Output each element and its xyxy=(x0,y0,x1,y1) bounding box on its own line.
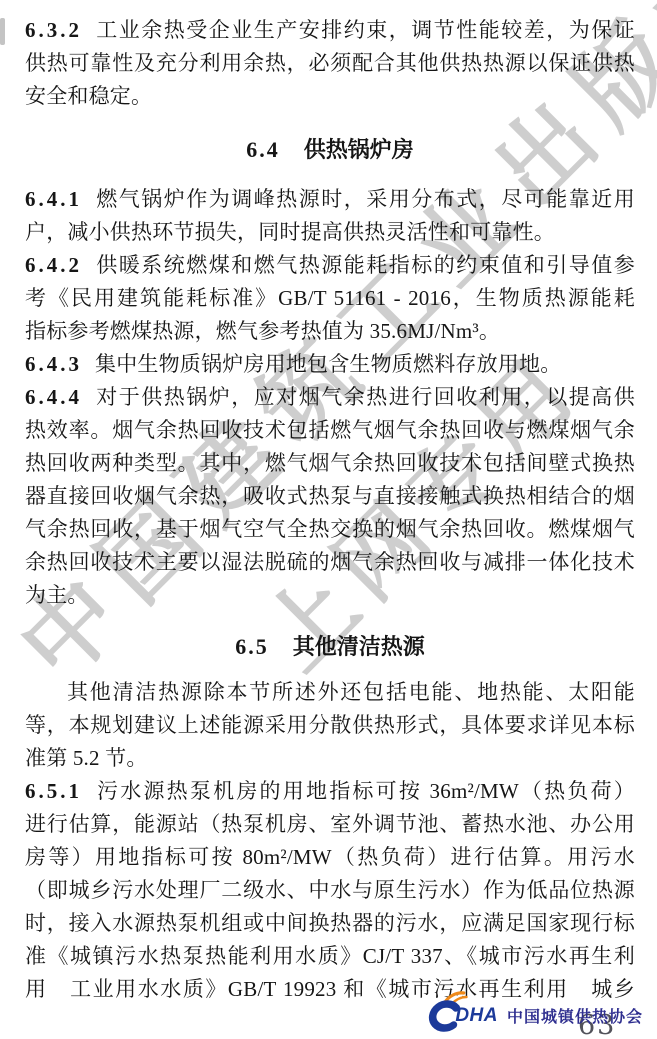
footer-logo: DHA 中国城镇供热协会 xyxy=(422,992,643,1032)
line-text: 工业余热受企业生产安排约束，调节性能较差，为保证 xyxy=(95,18,635,42)
text-line: 户，减小供热环节损失，同时提高供热灵活性和可靠性。 xyxy=(25,216,635,249)
line-text: （即城乡污水处理厂二级水、中水与原生污水）作为低品位热源 xyxy=(25,878,635,902)
line-text: 污水源热泵机房的用地指标可按 36m²/MW（热负荷） xyxy=(95,779,635,803)
text-line: 考《民用建筑能耗标准》GB/T 51161 - 2016，生物质热源能耗 xyxy=(25,282,635,315)
text-line: 6.4.3集中生物质锅炉房用地包含生物质燃料存放用地。 xyxy=(25,348,635,381)
text-line: 指标参考燃煤热源，燃气参考热值为 35.6MJ/Nm³。 xyxy=(25,315,635,348)
line-text: 供热可靠性及充分利用余热，必须配合其他供热热源以保证供热 xyxy=(25,51,635,75)
section-number: 6.5.1 xyxy=(25,779,82,803)
line-text: 余热回收技术主要以湿法脱硫的烟气余热回收与减排一体化技术 xyxy=(25,550,635,574)
line-text: 集中生物质锅炉房用地包含生物质燃料存放用地。 xyxy=(95,352,561,376)
text-line: 6.5.1污水源热泵机房的用地指标可按 36m²/MW（热负荷） xyxy=(25,775,635,808)
line-text: 房等）用地指标可按 80m²/MW（热负荷）进行估算。用污水 xyxy=(25,845,635,869)
line-text: 供暖系统燃煤和燃气热源能耗指标的约束值和引导值参 xyxy=(95,253,635,277)
line-text: 时，接入水源热泵机组或中间换热器的污水，应满足国家现行标 xyxy=(25,911,635,935)
text-line: 6.4.4对于供热锅炉，应对烟气余热进行回收利用，以提高供 xyxy=(25,381,635,414)
text-line: 等，本规划建议上述能源采用分散供热形式，具体要求详见本标 xyxy=(25,709,635,742)
line-text: 热效率。烟气余热回收技术包括燃气烟气余热回收与燃煤烟气余 xyxy=(25,418,635,442)
scan-artifact xyxy=(0,18,5,45)
logo-letters: DHA xyxy=(455,1005,498,1027)
text-line: 供热可靠性及充分利用余热，必须配合其他供热热源以保证供热 xyxy=(25,47,635,80)
line-text: 进行估算，能源站（热泵机房、室外调节池、蓄热水池、办公用 xyxy=(25,812,635,836)
page-content: 6.3.2工业余热受企业生产安排约束，调节性能较差，为保证 供热可靠性及充分利用… xyxy=(25,14,635,1006)
line-text: 其他清洁热源除本节所述外还包括电能、地热能、太阳能 xyxy=(67,680,635,704)
line-text: 户，减小供热环节损失，同时提高供热灵活性和可靠性。 xyxy=(25,220,555,244)
logo-c-swoosh-icon xyxy=(432,1004,457,1028)
text-line: 6.4.2供暖系统燃煤和燃气热源能耗指标的约束值和引导值参 xyxy=(25,249,635,282)
text-line: 进行估算，能源站（热泵机房、室外调节池、蓄热水池、办公用 xyxy=(25,808,635,841)
text-line: 6.3.2工业余热受企业生产安排约束，调节性能较差，为保证 xyxy=(25,14,635,47)
line-text: 为主。 xyxy=(25,583,89,607)
association-name: 中国城镇供热协会 xyxy=(507,1004,643,1027)
line-text: 热回收两种类型。其中，燃气烟气余热回收技术包括间壁式换热 xyxy=(25,451,635,475)
heading-6-5: 6.5其他清洁热源 xyxy=(25,632,635,662)
heading-number: 6.4 xyxy=(246,137,280,162)
line-text: 准《城镇污水热泵热能利用水质》CJ/T 337、《城市污水再生利 xyxy=(25,944,635,968)
heading-number: 6.5 xyxy=(235,634,269,659)
section-number: 6.4.1 xyxy=(25,187,82,211)
line-text: 安全和稳定。 xyxy=(25,84,152,108)
line-text: 准第 5.2 节。 xyxy=(25,746,148,770)
text-line: 准《城镇污水热泵热能利用水质》CJ/T 337、《城市污水再生利 xyxy=(25,940,635,973)
text-line: 时，接入水源热泵机组或中间换热器的污水，应满足国家现行标 xyxy=(25,907,635,940)
section-number: 6.4.4 xyxy=(25,385,82,409)
line-text: 等，本规划建议上述能源采用分散供热形式，具体要求详见本标 xyxy=(25,713,635,737)
line-text: 指标参考燃煤热源，燃气参考热值为 35.6MJ/Nm³。 xyxy=(25,319,500,343)
text-line: 气余热回收，基于烟气空气全热交换的烟气余热回收。燃煤烟气 xyxy=(25,513,635,546)
heading-title: 供热锅炉房 xyxy=(304,137,414,162)
text-line: 热回收两种类型。其中，燃气烟气余热回收技术包括间壁式换热 xyxy=(25,447,635,480)
line-text: 对于供热锅炉，应对烟气余热进行回收利用，以提高供 xyxy=(95,385,635,409)
document-page: 中国建筑工业出版社 上网专用 6.3.2工业余热受企业生产安排约束，调节性能较差… xyxy=(0,0,657,1039)
heading-6-4: 6.4供热锅炉房 xyxy=(25,135,635,165)
text-line: 房等）用地指标可按 80m²/MW（热负荷）进行估算。用污水 xyxy=(25,841,635,874)
heading-title: 其他清洁热源 xyxy=(293,634,425,659)
line-text: 考《民用建筑能耗标准》GB/T 51161 - 2016，生物质热源能耗 xyxy=(25,286,635,310)
section-number: 6.4.2 xyxy=(25,253,82,277)
text-line: 器直接回收烟气余热，吸收式热泵与直接接触式换热相结合的烟 xyxy=(25,480,635,513)
line-text: 燃气锅炉作为调峰热源时，采用分布式，尽可能靠近用 xyxy=(95,187,635,211)
line-text: 器直接回收烟气余热，吸收式热泵与直接接触式换热相结合的烟 xyxy=(25,484,635,508)
text-line: 热效率。烟气余热回收技术包括燃气烟气余热回收与燃煤烟气余 xyxy=(25,414,635,447)
line-text: 气余热回收，基于烟气空气全热交换的烟气余热回收。燃煤烟气 xyxy=(25,517,635,541)
text-line: 为主。 xyxy=(25,579,635,612)
text-line: 准第 5.2 节。 xyxy=(25,742,635,775)
text-line: 6.4.1燃气锅炉作为调峰热源时，采用分布式，尽可能靠近用 xyxy=(25,183,635,216)
section-number: 6.4.3 xyxy=(25,352,82,376)
text-line: （即城乡污水处理厂二级水、中水与原生污水）作为低品位热源 xyxy=(25,874,635,907)
section-number: 6.3.2 xyxy=(25,18,82,42)
text-line: 安全和稳定。 xyxy=(25,80,635,113)
text-line: 余热回收技术主要以湿法脱硫的烟气余热回收与减排一体化技术 xyxy=(25,546,635,579)
text-line: 其他清洁热源除本节所述外还包括电能、地热能、太阳能 xyxy=(25,676,635,709)
